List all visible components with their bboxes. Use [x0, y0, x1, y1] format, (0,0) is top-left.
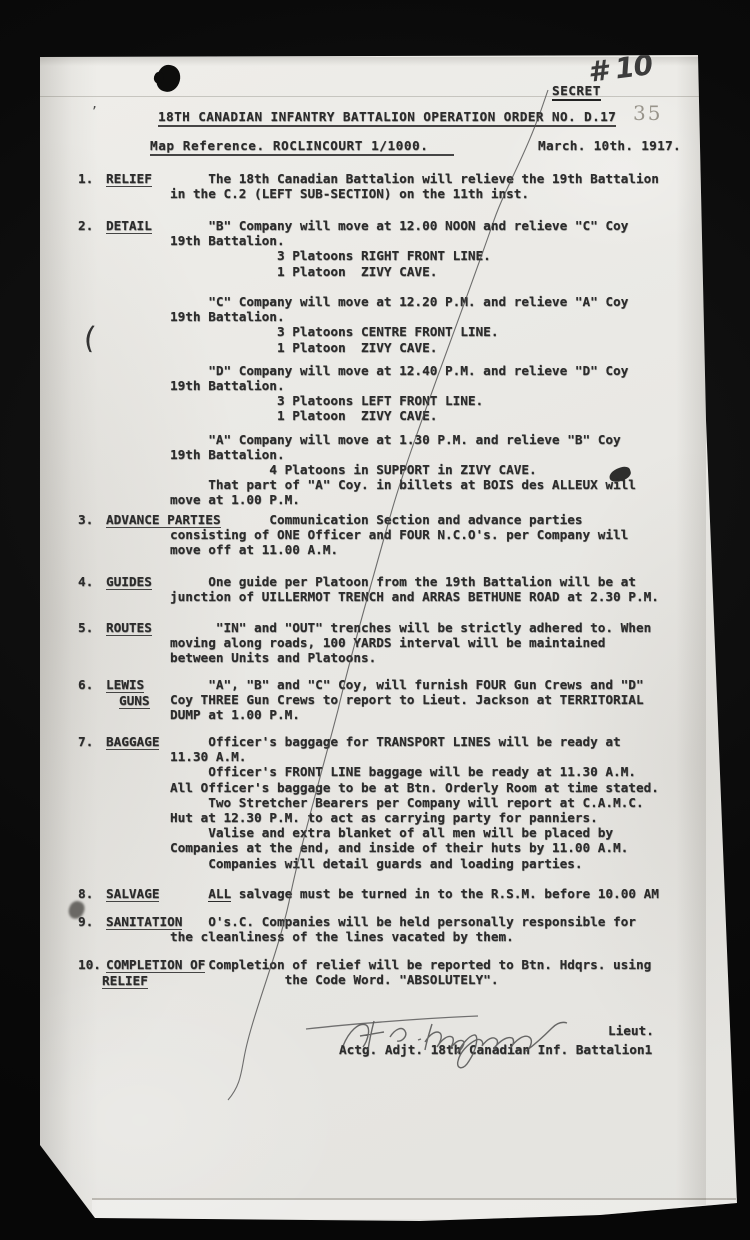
section-number: 4. — [78, 574, 104, 589]
body-line: 3 Platoons LEFT FRONT LINE. — [170, 393, 636, 408]
section-body: Communication Section and advance partie… — [170, 512, 628, 558]
body-line: DUMP at 1.00 P.M. — [170, 707, 644, 722]
stray-tick-mark: ’ — [92, 103, 97, 121]
body-line: between Units and Platoons. — [170, 650, 651, 665]
section-label: LEWISGUNS — [106, 677, 150, 709]
document-title: 18TH CANADIAN INFANTRY BATTALION OPERATI… — [158, 109, 616, 127]
body-line: 19th Battalion. — [170, 447, 636, 462]
section-number: 8. — [78, 886, 104, 901]
body-line: move at 1.00 P.M. — [170, 492, 636, 507]
body-line: Communication Section and advance partie… — [170, 512, 628, 527]
body-line: Companies will detail guards and loading… — [170, 856, 659, 871]
body-line: 11.30 A.M. — [170, 749, 659, 764]
body-line: the Code Word. "ABSOLUTELY". — [170, 972, 651, 987]
body-line: move off at 11.00 A.M. — [170, 542, 628, 557]
section-body: "IN" and "OUT" trenches will be strictly… — [170, 620, 651, 666]
body-line: 1 Platoon ZIVY CAVE. — [170, 264, 636, 279]
body-line: 19th Battalion. — [170, 309, 636, 324]
paper-right-shadow — [676, 55, 706, 1205]
section-body: O's.C. Companies will be held personally… — [170, 914, 636, 944]
body-line: "B" Company will move at 12.00 NOON and … — [170, 218, 636, 233]
section-body: "A", "B" and "C" Coy, will furnish FOUR … — [170, 677, 644, 723]
section-label-text: SALVAGE — [106, 886, 159, 902]
body-line: Officer's baggage for TRANSPORT LINES wi… — [170, 734, 659, 749]
body-line: Hut at 12.30 P.M. to act as carrying par… — [170, 810, 659, 825]
body-line: moving along roads, 100 YARDS interval w… — [170, 635, 651, 650]
document-title-text: 18TH CANADIAN INFANTRY BATTALION OPERATI… — [158, 109, 616, 127]
section-label-text: GUIDES — [106, 574, 152, 590]
body-line: 3 Platoons RIGHT FRONT LINE. — [170, 248, 636, 263]
body-line: 3 Platoons CENTRE FRONT LINE. — [170, 324, 636, 339]
body-line: Companies at the end, and inside of thei… — [170, 840, 659, 855]
stray-pen-mark: ( — [82, 320, 97, 356]
section-body: ALL salvage must be turned in to the R.S… — [170, 886, 659, 901]
section-label: RELIEF — [106, 171, 152, 187]
signature-rank: Lieut. — [608, 1023, 654, 1038]
section-label: DETAIL — [106, 218, 152, 234]
section-label: ROUTES — [106, 620, 152, 636]
section-number: 10. — [78, 957, 104, 972]
body-line: 1 Platoon ZIVY CAVE. — [170, 408, 636, 423]
body-line: "A" Company will move at 1.30 P.M. and r… — [170, 432, 636, 447]
scanned-document-photo: SECRET # 10 35 ( ’ 18TH CANADIAN INFANTR… — [0, 0, 750, 1240]
section-body: Officer's baggage for TRANSPORT LINES wi… — [170, 734, 659, 871]
document-page: SECRET # 10 35 ( ’ 18TH CANADIAN INFANTR… — [0, 0, 750, 1240]
body-line: in the C.2 (LEFT SUB-SECTION) on the 11t… — [170, 186, 659, 201]
paper-top-fold-line — [40, 96, 700, 97]
section-label-text: LEWIS — [106, 677, 144, 693]
body-line: Officer's FRONT LINE baggage will be rea… — [170, 764, 659, 779]
body-line: The 18th Canadian Battalion will relieve… — [170, 171, 659, 186]
body-line: That part of "A" Coy. in billets at BOIS… — [170, 477, 636, 492]
section-number: 7. — [78, 734, 104, 749]
body-line: ALL salvage must be turned in to the R.S… — [170, 886, 659, 901]
file-number-stamp: 35 — [633, 101, 662, 125]
handwritten-page-number: # 10 — [586, 48, 654, 89]
body-line: the cleanliness of the lines vacated by … — [170, 929, 636, 944]
body-line: O's.C. Companies will be held personally… — [170, 914, 636, 929]
section-label-text: BAGGAGE — [106, 734, 159, 750]
signature-strike-line — [306, 1016, 478, 1029]
section-label-text: DETAIL — [106, 218, 152, 234]
section-number: 9. — [78, 914, 104, 929]
body-line: 19th Battalion. — [170, 233, 636, 248]
body-line: junction of UILLERMOT TRENCH and ARRAS B… — [170, 589, 659, 604]
section-label-text: ROUTES — [106, 620, 152, 636]
section-number: 3. — [78, 512, 104, 527]
document-date: March. 10th. 1917. — [538, 138, 681, 153]
section-label-text: GUNS — [119, 693, 150, 709]
body-line: 4 Platoons in SUPPORT in ZIVY CAVE. — [170, 462, 636, 477]
section-label: BAGGAGE — [106, 734, 159, 750]
body-line: Completion of relief will be reported to… — [170, 957, 651, 972]
section-body: The 18th Canadian Battalion will relieve… — [170, 171, 659, 201]
paper-bottom-fold-strip — [92, 1200, 736, 1219]
map-reference: Map Reference. ROCLINCOURT 1/1000. — [150, 138, 454, 156]
section-body: Completion of relief will be reported to… — [170, 957, 651, 987]
body-line: consisting of ONE Officer and FOUR N.C.O… — [170, 527, 628, 542]
section-body: One guide per Platoon from the 19th Batt… — [170, 574, 659, 604]
section-number: 2. — [78, 218, 104, 233]
body-line: "C" Company will move at 12.20 P.M. and … — [170, 294, 636, 309]
body-line: "IN" and "OUT" trenches will be strictly… — [170, 620, 651, 635]
body-line: "D" Company will move at 12.40 P.M. and … — [170, 363, 636, 378]
section-label: GUIDES — [106, 574, 152, 590]
section-number: 1. — [78, 171, 104, 186]
section-number: 5. — [78, 620, 104, 635]
section-label-text: RELIEF — [102, 973, 148, 989]
body-line: One guide per Platoon from the 19th Batt… — [170, 574, 659, 589]
body-line: Coy THREE Gun Crews to report to Lieut. … — [170, 692, 644, 707]
ink-blot-mark — [154, 63, 183, 95]
body-line: Valise and extra blanket of all men will… — [170, 825, 659, 840]
body-line: Two Stretcher Bearers per Company will r… — [170, 795, 659, 810]
signature-title-line: Actg. Adjt. 18th Canadian Inf. Battalion… — [339, 1042, 652, 1057]
map-reference-text: Map Reference. ROCLINCOURT 1/1000. — [150, 138, 454, 156]
section-number: 6. — [78, 677, 104, 692]
section-body: "B" Company will move at 12.00 NOON and … — [170, 218, 636, 508]
section-label: SALVAGE — [106, 886, 159, 902]
body-line: 19th Battalion. — [170, 378, 636, 393]
body-line: All Officer's baggage to be at Btn. Orde… — [170, 780, 659, 795]
section-label-text: RELIEF — [106, 171, 152, 187]
body-line: "A", "B" and "C" Coy, will furnish FOUR … — [170, 677, 644, 692]
body-line: 1 Platoon ZIVY CAVE. — [170, 340, 636, 355]
